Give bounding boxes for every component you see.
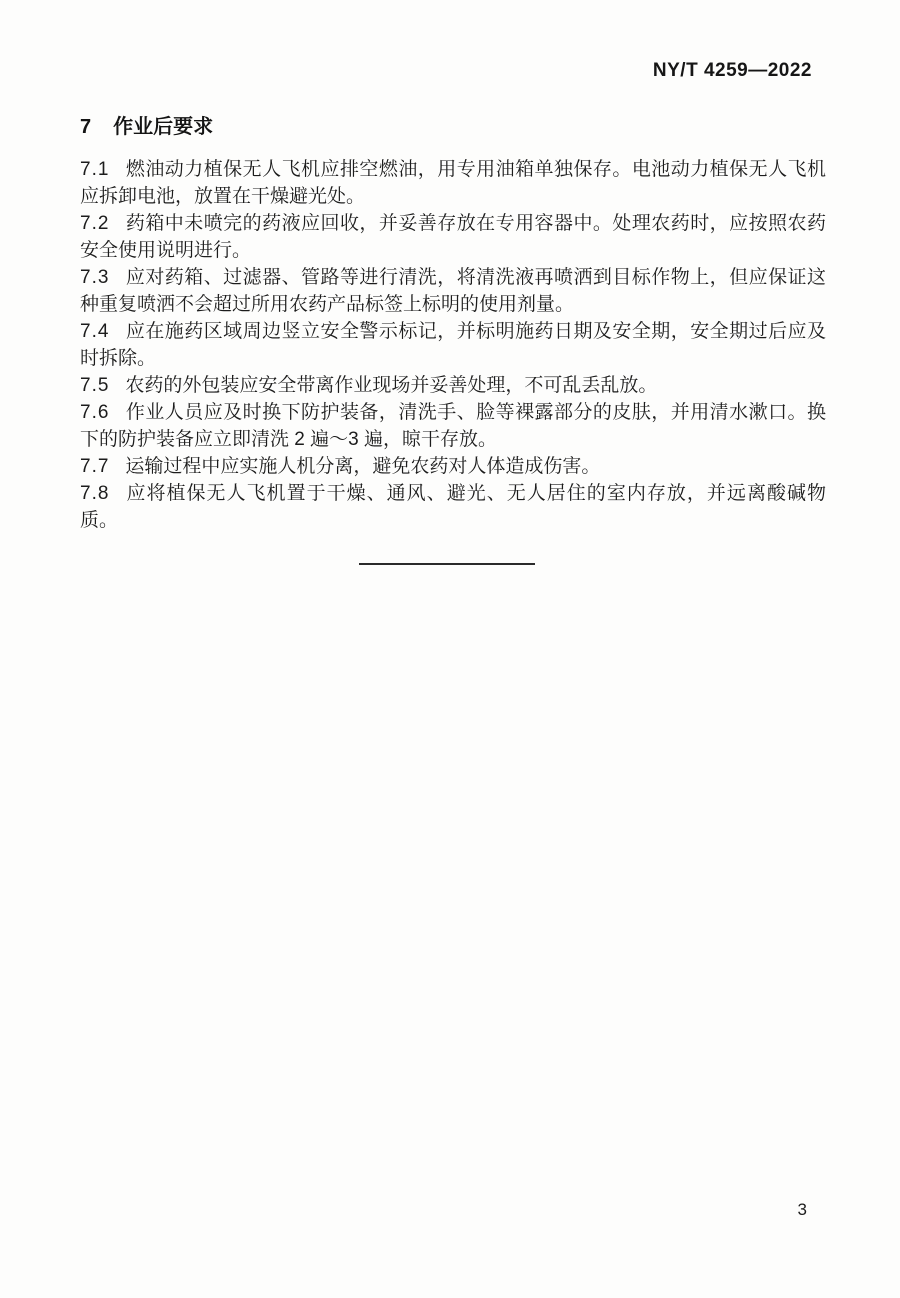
section-heading: 7 作业后要求	[80, 114, 826, 141]
section-number: 7	[80, 114, 91, 141]
clause-text: 应在施药区域周边竖立安全警示标记，并标明施药日期及安全期，安全期过后应及时拆除。	[80, 321, 826, 369]
clause-item: 7.3应对药箱、过滤器、管路等进行清洗，将清洗液再喷洒到目标作物上，但应保证这种…	[80, 264, 826, 318]
page-number: 3	[798, 1200, 807, 1220]
clause-number: 7.1	[80, 156, 109, 183]
clause-number: 7.5	[80, 372, 109, 399]
clause-item: 7.8应将植保无人飞机置于干燥、通风、避光、无人居住的室内存放，并远离酸碱物质。	[80, 480, 826, 534]
clause-item: 7.4应在施药区域周边竖立安全警示标记，并标明施药日期及安全期，安全期过后应及时…	[80, 318, 826, 372]
clause-text: 作业人员应及时换下防护装备，清洗手、脸等裸露部分的皮肤，并用清水漱口。换下的防护…	[80, 402, 826, 450]
clause-number: 7.6	[80, 399, 109, 426]
clause-number: 7.4	[80, 318, 109, 345]
clause-item: 7.6作业人员应及时换下防护装备，清洗手、脸等裸露部分的皮肤，并用清水漱口。换下…	[80, 399, 826, 453]
document-page: NY/T 4259—2022 7 作业后要求 7.1燃油动力植保无人飞机应排空燃…	[0, 0, 900, 1298]
clause-number: 7.2	[80, 210, 109, 237]
clause-item: 7.2药箱中未喷完的药液应回收，并妥善存放在专用容器中。处理农药时，应按照农药安…	[80, 210, 826, 264]
standard-number-header: NY/T 4259—2022	[653, 60, 812, 82]
clause-item: 7.5农药的外包装应安全带离作业现场并妥善处理，不可乱丢乱放。	[80, 372, 826, 399]
clause-text: 应将植保无人飞机置于干燥、通风、避光、无人居住的室内存放，并远离酸碱物质。	[80, 483, 826, 531]
clause-number: 7.7	[80, 453, 109, 480]
clause-text: 农药的外包装应安全带离作业现场并妥善处理，不可乱丢乱放。	[125, 375, 657, 396]
clause-number: 7.3	[80, 264, 109, 291]
clause-text: 运输过程中应实施人机分离，避免农药对人体造成伤害。	[125, 456, 600, 477]
clause-item: 7.1燃油动力植保无人飞机应排空燃油，用专用油箱单独保存。电池动力植保无人飞机应…	[80, 156, 826, 210]
clause-text: 燃油动力植保无人飞机应排空燃油，用专用油箱单独保存。电池动力植保无人飞机应拆卸电…	[80, 159, 826, 207]
clause-text: 应对药箱、过滤器、管路等进行清洗，将清洗液再喷洒到目标作物上，但应保证这种重复喷…	[80, 267, 826, 315]
page-content: 7 作业后要求 7.1燃油动力植保无人飞机应排空燃油，用专用油箱单独保存。电池动…	[80, 114, 826, 565]
clause-item: 7.7运输过程中应实施人机分离，避免农药对人体造成伤害。	[80, 453, 826, 480]
clause-number: 7.8	[80, 480, 109, 507]
section-title: 作业后要求	[113, 114, 213, 141]
clause-list: 7.1燃油动力植保无人飞机应排空燃油，用专用油箱单独保存。电池动力植保无人飞机应…	[80, 156, 826, 534]
clause-text: 药箱中未喷完的药液应回收，并妥善存放在专用容器中。处理农药时，应按照农药安全使用…	[80, 213, 826, 261]
end-of-text-divider	[359, 563, 535, 565]
